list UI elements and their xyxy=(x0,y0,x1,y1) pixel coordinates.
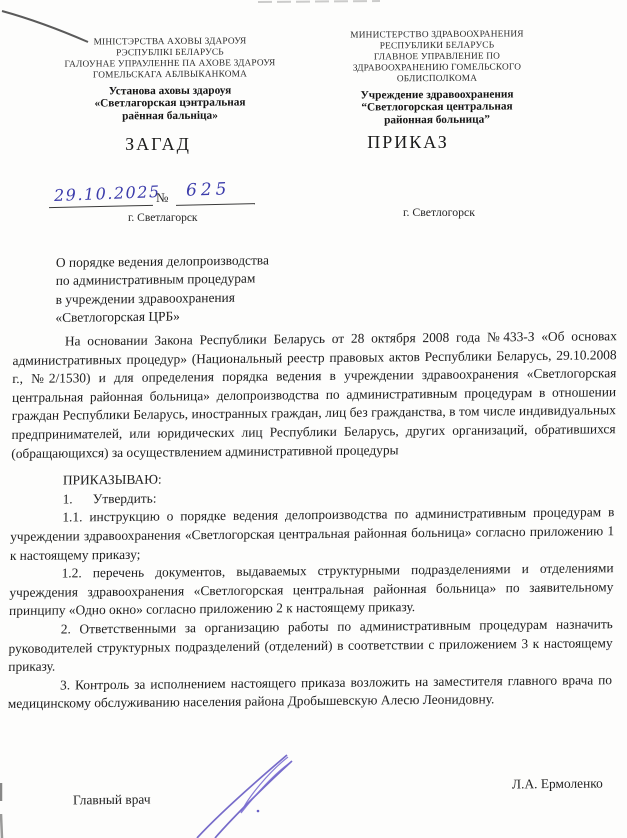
header-left-belarusian: МІНІСТЭРСТВА АХОВЫ ЗДАРОУЯ РЭСПУБЛІКІ БЕ… xyxy=(25,36,315,123)
order-item-1-2: 1.2. перечень документов, выдаваемых стр… xyxy=(9,559,614,621)
scan-edge-mark-bottom-left-2 xyxy=(1,814,2,838)
handwritten-date: 29.10.2025 xyxy=(54,182,161,205)
number-underline xyxy=(176,203,255,206)
order-item-2: 2. Ответственными за организацию работы … xyxy=(8,615,613,677)
order-item-1-1: 1.1. инструкцию о порядке ведения делопр… xyxy=(10,504,615,566)
city-left-belarusian: г. Светлагорск xyxy=(128,212,198,224)
city-right-russian: г. Светлогорск xyxy=(403,205,475,220)
date-underline xyxy=(49,205,153,208)
signer-position: Главный врач xyxy=(73,792,151,809)
signer-name: Л.А. Ермоленко xyxy=(512,776,603,793)
org-name-line: районная больница” xyxy=(308,113,566,127)
handwritten-signature xyxy=(175,753,305,838)
order-subject: О порядке ведения делопроизводства по ад… xyxy=(55,250,386,328)
scanned-order-document: МІНІСТЭРСТВА АХОВЫ ЗДАРОУЯ РЭСПУБЛІКІ БЕ… xyxy=(0,0,627,838)
ministry-line: ГОМЕЛЬСКАГА АБЛВЫКАНКОМА xyxy=(25,69,315,82)
handwritten-order-number: 625 xyxy=(186,179,231,201)
doc-type-zagad: ЗАГАД xyxy=(83,134,233,155)
doc-type-prikaz: ПРИКАЗ xyxy=(333,132,483,153)
org-name-line: раённая бальніца» xyxy=(25,109,315,123)
header-right-russian: МИНИСТЕРСТВО ЗДРАВООХРАНЕНИЯ РЕСПУБЛИКИ … xyxy=(308,29,566,127)
order-item-3: 3. Контроль за исполнением настоящего пр… xyxy=(8,671,613,714)
ministry-line: ОБЛИСПОЛКОМА xyxy=(308,73,566,86)
opening-paragraph: На основании Закона Республики Беларусь … xyxy=(11,327,617,463)
subject-line: «Светлогорская ЦРБ» xyxy=(55,305,385,327)
scan-edge-line-top xyxy=(258,1,380,2)
order-body: На основании Закона Республики Беларусь … xyxy=(8,327,617,714)
number-sign: № xyxy=(156,190,168,206)
